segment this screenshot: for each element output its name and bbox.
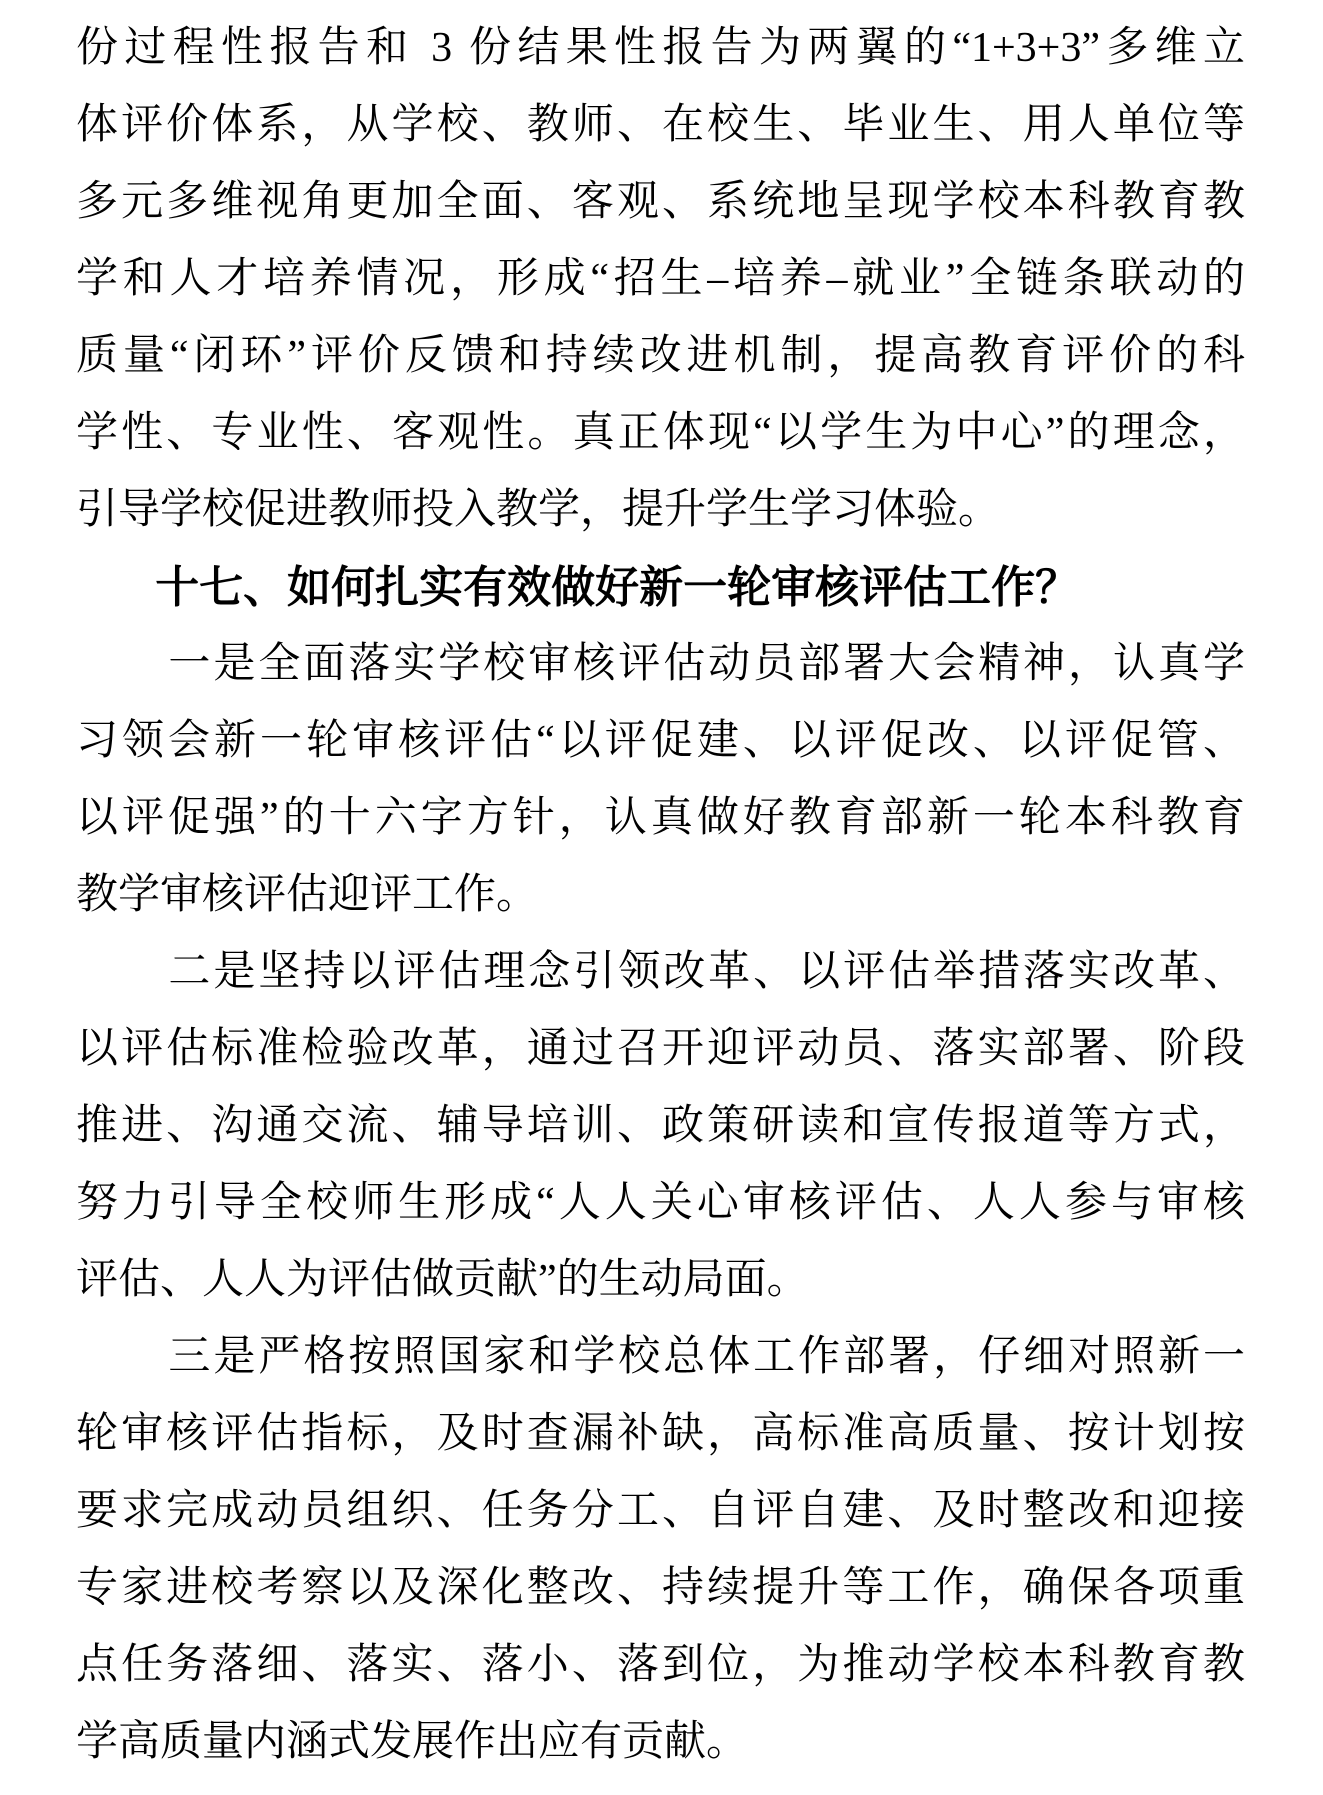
text-line: 点任务落细、落实、落小、落到位，为推动学校本科教育教	[76, 1627, 1245, 1704]
text-line: 学性、专业性、客观性。真正体现“以学生为中心”的理念，	[76, 395, 1245, 472]
text-line: 体评价体系，从学校、教师、在校生、毕业生、用人单位等	[76, 87, 1245, 164]
text-line: 习领会新一轮审核评估“以评促建、以评促改、以评促管、	[76, 703, 1245, 780]
text-line: 学高质量内涵式发展作出应有贡献。	[76, 1704, 1245, 1781]
text-line: 质量“闭环”评价反馈和持续改进机制，提高教育评价的科	[76, 318, 1245, 395]
document-text-block: 份过程性报告和 3 份结果性报告为两翼的“1+3+3”多维立 体评价体系，从学校…	[0, 0, 1323, 1781]
text-line: 以评促强”的十六字方针，认真做好教育部新一轮本科教育	[76, 780, 1245, 857]
text-line: 二是坚持以评估理念引领改革、以评估举措落实改革、	[76, 934, 1245, 1011]
section-heading: 十七、如何扎实有效做好新一轮审核评估工作？	[76, 549, 1245, 626]
text-line: 专家进校考察以及深化整改、持续提升等工作，确保各项重	[76, 1550, 1245, 1627]
text-line: 份过程性报告和 3 份结果性报告为两翼的“1+3+3”多维立	[76, 10, 1245, 87]
text-line: 多元多维视角更加全面、客观、系统地呈现学校本科教育教	[76, 164, 1245, 241]
text-line: 轮审核评估指标，及时查漏补缺，高标准高质量、按计划按	[76, 1396, 1245, 1473]
text-line: 教学审核评估迎评工作。	[76, 857, 1245, 934]
text-line: 努力引导全校师生形成“人人关心审核评估、人人参与审核	[76, 1165, 1245, 1242]
text-line: 一是全面落实学校审核评估动员部署大会精神，认真学	[76, 626, 1245, 703]
text-line: 引导学校促进教师投入教学，提升学生学习体验。	[76, 472, 1245, 549]
document-page: 份过程性报告和 3 份结果性报告为两翼的“1+3+3”多维立 体评价体系，从学校…	[0, 0, 1323, 1795]
text-line: 推进、沟通交流、辅导培训、政策研读和宣传报道等方式，	[76, 1088, 1245, 1165]
text-line: 三是严格按照国家和学校总体工作部署，仔细对照新一	[76, 1319, 1245, 1396]
text-line: 要求完成动员组织、任务分工、自评自建、及时整改和迎接	[76, 1473, 1245, 1550]
text-line: 学和人才培养情况，形成“招生–培养–就业”全链条联动的	[76, 241, 1245, 318]
text-line: 评估、人人为评估做贡献”的生动局面。	[76, 1242, 1245, 1319]
text-line: 以评估标准检验改革，通过召开迎评动员、落实部署、阶段	[76, 1011, 1245, 1088]
